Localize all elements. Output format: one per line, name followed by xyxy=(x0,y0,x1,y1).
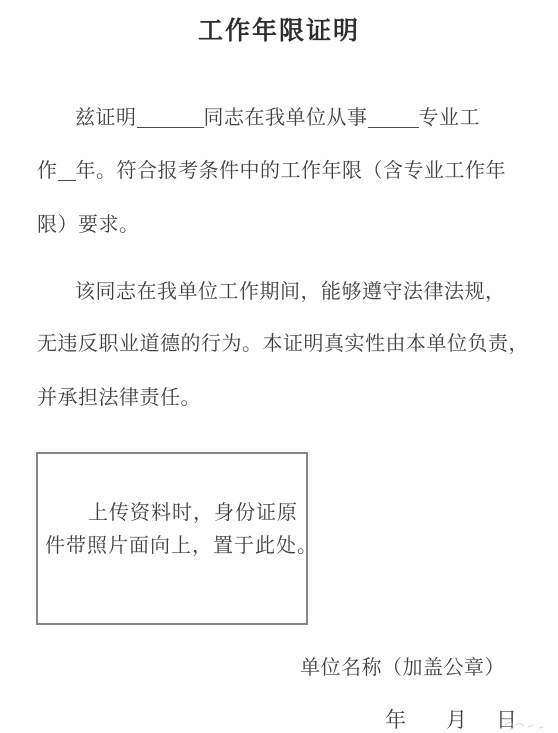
paragraph1-line3: 限）要求。 xyxy=(37,213,140,237)
id-box-instruction-line1: 上传资料时，身份证原 xyxy=(88,496,298,525)
certificate-title: 工作年限证明 xyxy=(0,11,558,47)
paragraph2-line1: 该同志在我单位工作期间，能够遵守法律法规， xyxy=(37,280,506,304)
blank-name-line xyxy=(137,109,204,128)
p1-l2-seg1: 作 xyxy=(37,160,58,182)
blank-years-line xyxy=(58,162,76,181)
id-box-instruction-line2: 件带照片面向上，置于此处。 xyxy=(45,529,318,558)
paragraph1-line1: 兹证明同志在我单位从事专业工 xyxy=(37,106,480,130)
paragraph2-line2: 无违反职业道德的行为。本证明真实性由本单位负责， xyxy=(37,332,529,356)
paragraph2-line3: 并承担法律责任。 xyxy=(37,386,201,410)
p1-l1-seg3: 专业工 xyxy=(419,107,481,129)
p1-l1-seg2: 同志在我单位从事 xyxy=(204,107,368,129)
date-year-label: 年 xyxy=(385,708,406,732)
paragraph1-line2: 作年。符合报考条件中的工作年限（含专业工作年 xyxy=(37,159,506,183)
p1-l1-seg1: 兹证明 xyxy=(75,107,137,129)
p1-l2-seg2: 年。符合报考条件中的工作年限（含专业工作年 xyxy=(76,160,507,182)
date-line: 年月日 xyxy=(385,704,517,733)
blank-specialty-line xyxy=(368,109,419,128)
certificate-document: 工作年限证明 兹证明同志在我单位从事专业工 作年。符合报考条件中的工作年限（含专… xyxy=(0,0,558,733)
date-month-label: 月 xyxy=(446,708,467,732)
unit-name-seal-label: 单位名称（加盖公章） xyxy=(300,651,505,680)
corner-smudge-mark xyxy=(503,716,545,732)
id-placement-box: 上传资料时，身份证原 件带照片面向上，置于此处。 xyxy=(36,452,308,625)
